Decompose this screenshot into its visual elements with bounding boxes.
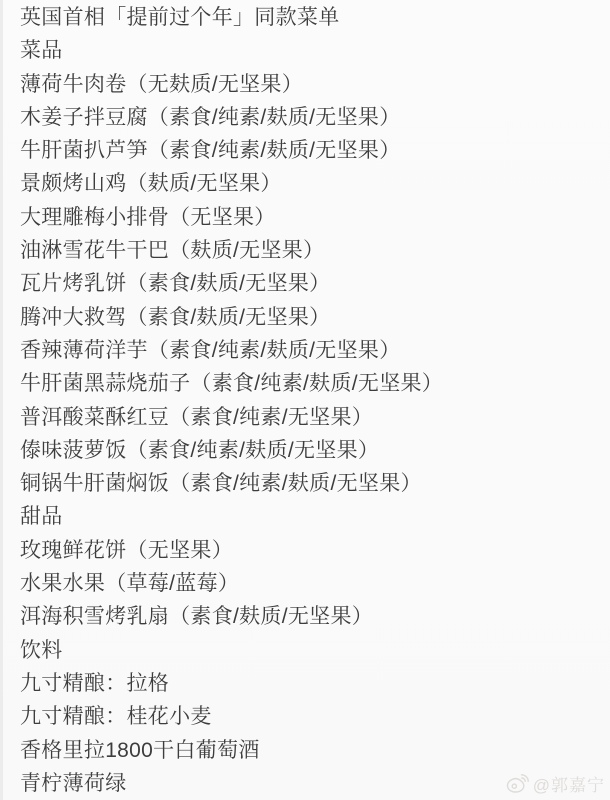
menu-item: 九寸精酿：桂花小麦 xyxy=(20,700,604,733)
menu-item: 牛肝菌扒芦笋（素食/纯素/麸质/无坚果） xyxy=(20,134,604,167)
menu-item: 九寸精酿：拉格 xyxy=(20,667,604,700)
watermark-handle: @郭嘉宁 xyxy=(533,771,605,796)
menu-item: 洱海积雪烤乳扇（素食/麸质/无坚果） xyxy=(20,600,604,633)
menu-item: 油淋雪花牛干巴（麸质/无坚果） xyxy=(20,234,604,267)
menu-item: 铜锅牛肝菌焖饭（素食/纯素/麸质/无坚果） xyxy=(20,467,604,500)
menu-item: 瓦片烤乳饼（素食/麸质/无坚果） xyxy=(20,267,604,300)
menu-item: 香格里拉1800干白葡萄酒 xyxy=(20,734,604,767)
menu-item: 水果水果（草莓/蓝莓） xyxy=(20,567,604,600)
menu-item: 普洱酸菜酥红豆（素食/纯素/无坚果） xyxy=(20,401,604,434)
menu-title: 英国首相「提前过个年」同款菜单 xyxy=(20,1,604,34)
menu-screenshot: 英国首相「提前过个年」同款菜单 菜品 薄荷牛肉卷（无麸质/无坚果） 木姜子拌豆腐… xyxy=(0,0,610,800)
menu-item: 傣味菠萝饭（素食/纯素/麸质/无坚果） xyxy=(20,434,604,467)
menu-item: 木姜子拌豆腐（素食/纯素/麸质/无坚果） xyxy=(20,101,604,134)
menu-item: 景颇烤山鸡（麸质/无坚果） xyxy=(20,167,604,200)
section-header-desserts: 甜品 xyxy=(20,500,604,533)
watermark: @郭嘉宁 xyxy=(506,771,605,796)
section-header-drinks: 饮料 xyxy=(20,634,604,667)
menu-item: 薄荷牛肉卷（无麸质/无坚果） xyxy=(20,68,604,101)
menu-item: 大理雕梅小排骨（无坚果） xyxy=(20,201,604,234)
menu-item: 玫瑰鲜花饼（无坚果） xyxy=(20,534,604,567)
section-header-dishes: 菜品 xyxy=(20,34,604,67)
weibo-logo-icon xyxy=(506,773,530,794)
menu-item: 香辣薄荷洋芋（素食/纯素/麸质/无坚果） xyxy=(20,334,604,367)
menu-item: 牛肝菌黑蒜烧茄子（素食/纯素/麸质/无坚果） xyxy=(20,367,604,400)
menu-item: 腾冲大救驾（素食/麸质/无坚果） xyxy=(20,301,604,334)
